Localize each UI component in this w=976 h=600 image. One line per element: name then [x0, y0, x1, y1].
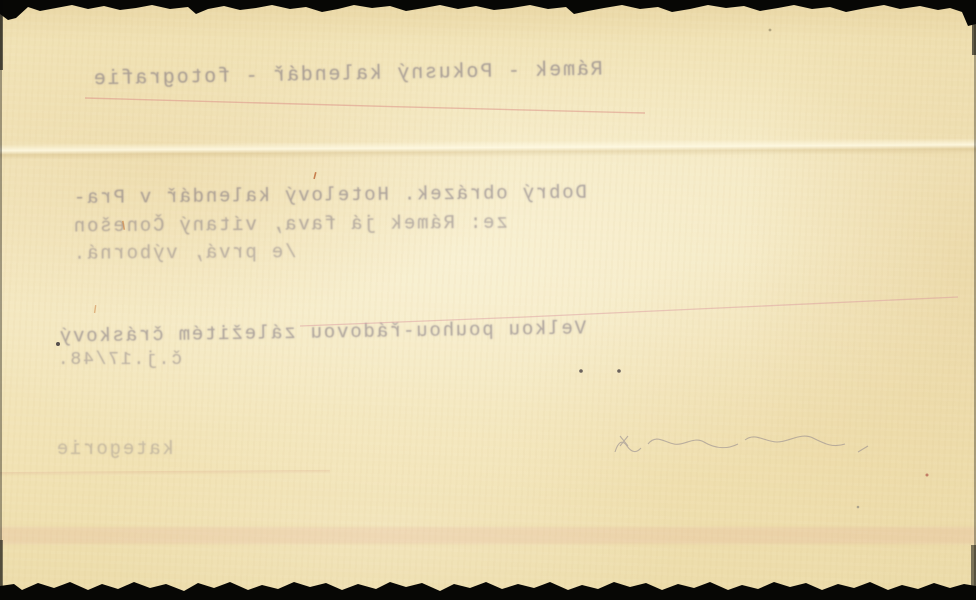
bleed-through-reference-number: č.j.17/48. — [56, 350, 196, 370]
mirrored-text: /e prvá, výborná. — [72, 241, 297, 265]
mirrored-text: ze: Rámek já fava, vítaný Čonešon — [72, 212, 508, 238]
bleed-through-footer-word: kategorie — [55, 438, 205, 460]
bleed-through-paragraph1-line3: /e prvá, výborná. — [72, 241, 282, 264]
mirrored-text: kategorie — [55, 438, 174, 460]
pink-stain-band — [0, 527, 976, 544]
scanned-paper-card: Rámek - Pokusný kalendář - fotografie Do… — [0, 0, 976, 600]
mirrored-text: č.j.17/48. — [56, 350, 182, 370]
